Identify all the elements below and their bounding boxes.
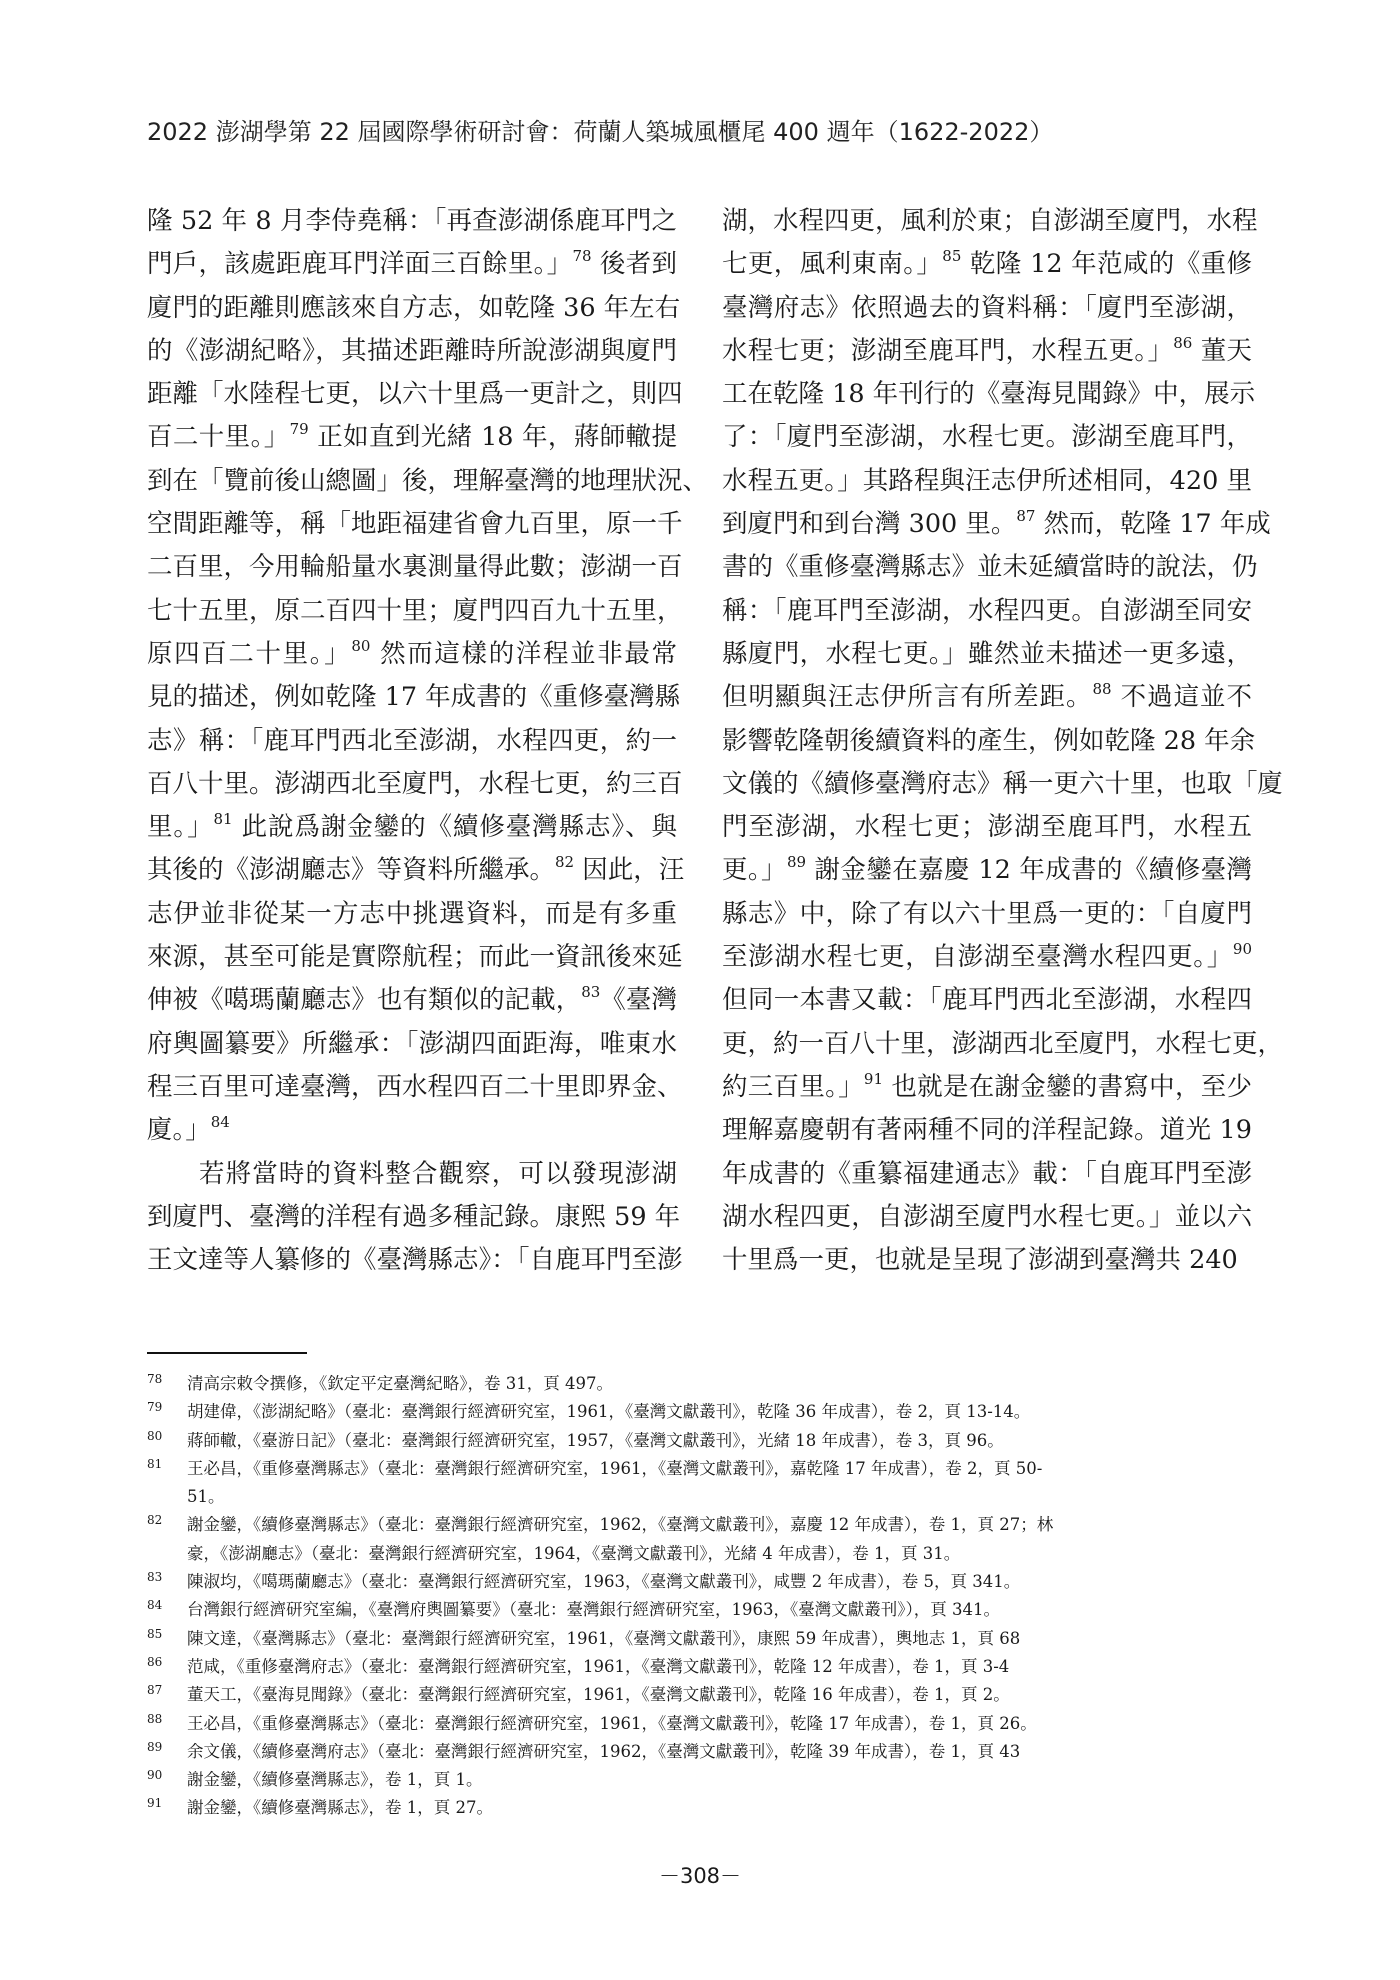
footnote-ref[interactable]: 85 <box>942 247 961 265</box>
line-text: 臺灣府志》依照過去的資料稱：「廈門至澎湖， <box>722 293 1252 323</box>
line-text: 空間距離等，稱「地距福建省會九百里，原一千 <box>147 509 683 539</box>
line-text: 工在乾隆 18 年刊行的《臺海見聞錄》中，展示 <box>722 379 1255 409</box>
footnote-81: 81王必昌，《重修臺灣縣志》（臺北：臺灣銀行經濟研究室，1961，《臺灣文獻叢刊… <box>147 1455 1257 1512</box>
text-line: 廈門的距離則應該來自方志，如乾隆 36 年左右 <box>147 287 677 330</box>
footnote-number: 81 <box>147 1450 162 1478</box>
line-text: 但明顯與汪志伊所言有所差距。 <box>722 682 1092 712</box>
text-line: 七更，風利東南。」85 乾隆 12 年范咸的《重修 <box>722 243 1252 286</box>
line-text: 年成書的《重纂福建通志》載：「自鹿耳門至澎 <box>722 1159 1252 1189</box>
footnote-ref[interactable]: 90 <box>1233 940 1252 958</box>
text-line: 理解嘉慶朝有著兩種不同的洋程記錄。道光 19 <box>722 1109 1252 1152</box>
line-text-after: 不過這並不 <box>1112 682 1252 712</box>
line-text: 百二十里。」 <box>147 422 290 452</box>
footnote-number: 87 <box>147 1676 162 1704</box>
line-text: 見的描述，例如乾隆 17 年成書的《重修臺灣縣 <box>147 682 680 712</box>
line-text: 文儀的《續修臺灣府志》稱一更六十里，也取「廈 <box>722 769 1283 799</box>
text-line: 水程五更。」其路程與汪志伊所述相同，420 里 <box>722 460 1252 503</box>
line-text-after: 然而，乾隆 17 年成 <box>1035 509 1270 539</box>
text-line: 臺灣府志》依照過去的資料稱：「廈門至澎湖， <box>722 287 1252 330</box>
line-text: 水程七更；澎湖至鹿耳門，水程五更。」 <box>722 336 1173 366</box>
footnote-number: 80 <box>147 1422 162 1450</box>
line-text: 志》稱：「鹿耳門西北至澎湖，水程四更，約一 <box>147 726 677 756</box>
line-text: 其後的《澎湖廳志》等資料所繼承。 <box>147 855 555 885</box>
footnote-number: 79 <box>147 1393 162 1421</box>
footnote-84: 84台灣銀行經濟研究室編，《臺灣府輿圖纂要》（臺北：臺灣銀行經濟研究室，1963… <box>147 1596 1257 1624</box>
line-text: 湖水程四更，自澎湖至廈門水程七更。」並以六 <box>722 1202 1252 1232</box>
text-line: 其後的《澎湖廳志》等資料所繼承。82 因此，汪 <box>147 849 677 892</box>
text-line: 到在「覽前後山總圖」後，理解臺灣的地理狀況、 <box>147 460 677 503</box>
text-line: 空間距離等，稱「地距福建省會九百里，原一千 <box>147 503 677 546</box>
line-text: 門至澎湖，水程七更；澎湖至鹿耳門，水程五 <box>722 812 1252 842</box>
line-text-after: 因此，汪 <box>574 855 684 885</box>
line-text-after: 正如直到光緒 18 年，蔣師轍提 <box>309 422 677 452</box>
text-line: 志伊並非從某一方志中挑選資料，而是有多重 <box>147 893 677 936</box>
line-text: 來源，甚至可能是實際航程；而此一資訊後來延 <box>147 942 683 972</box>
line-text-after: 此說爲謝金鑾的《續修臺灣縣志》、與 <box>233 812 677 842</box>
text-line: 距離「水陸程七更，以六十里爲一更計之，則四 <box>147 373 677 416</box>
footnote-number: 89 <box>147 1733 162 1761</box>
text-line: 的《澎湖紀略》，其描述距離時所說澎湖與廈門 <box>147 330 677 373</box>
footnote-text: 胡建偉，《澎湖紀略》（臺北：臺灣銀行經濟研究室，1961，《臺灣文獻叢刊》，乾隆… <box>187 1402 1030 1421</box>
footnote-86: 86范咸，《重修臺灣府志》（臺北：臺灣銀行經濟研究室，1961，《臺灣文獻叢刊》… <box>147 1653 1257 1681</box>
line-text: 若將當時的資料整合觀察，可以發現澎湖 <box>199 1159 677 1189</box>
line-text: 原四百二十里。」 <box>147 639 351 669</box>
footnote-text: 陳淑均，《噶瑪蘭廳志》（臺北：臺灣銀行經濟研究室，1963，《臺灣文獻叢刊》，咸… <box>187 1572 1020 1591</box>
footnote-78: 78清高宗敕令撰修，《欽定平定臺灣紀略》，卷 31，頁 497。 <box>147 1370 1257 1398</box>
body-column-right: 湖，水程四更，風利於東；自澎湖至廈門，水程七更，風利東南。」85 乾隆 12 年… <box>722 200 1252 1282</box>
line-text: 廈門的距離則應該來自方志，如乾隆 36 年左右 <box>147 293 680 323</box>
text-line: 縣廈門，水程七更。」雖然並未描述一更多遠， <box>722 633 1252 676</box>
line-text: 隆 52 年 8 月李侍堯稱：「再查澎湖係鹿耳門之 <box>147 206 677 236</box>
line-text-after: 也就是在謝金鑾的書寫中，至少 <box>883 1072 1252 1102</box>
text-line: 府輿圖纂要》所繼承：「澎湖四面距海，唯東水 <box>147 1023 677 1066</box>
footnote-91: 91謝金鑾，《續修臺灣縣志》，卷 1，頁 27。 <box>147 1794 1257 1822</box>
footnote-ref[interactable]: 84 <box>211 1113 230 1131</box>
line-text: 至澎湖水程七更，自澎湖至臺灣水程四更。」 <box>722 942 1233 972</box>
footnote-text: 王必昌，《重修臺灣縣志》（臺北：臺灣銀行經濟研究室，1961，《臺灣文獻叢刊》，… <box>187 1459 1042 1478</box>
line-text: 十里爲一更，也就是呈現了澎湖到臺灣共 240 <box>722 1245 1238 1275</box>
text-line: 王文達等人纂修的《臺灣縣志》：「自鹿耳門至澎 <box>147 1239 677 1282</box>
footnote-ref[interactable]: 79 <box>290 420 309 438</box>
text-line: 伸被《噶瑪蘭廳志》也有類似的記載，83《臺灣 <box>147 979 677 1022</box>
text-line: 縣志》中，除了有以六十里爲一更的：「自廈門 <box>722 893 1252 936</box>
line-text: 府輿圖纂要》所繼承：「澎湖四面距海，唯東水 <box>147 1029 677 1059</box>
footnote-83: 83陳淑均，《噶瑪蘭廳志》（臺北：臺灣銀行經濟研究室，1963，《臺灣文獻叢刊》… <box>147 1568 1257 1596</box>
text-line: 但同一本書又載：「鹿耳門西北至澎湖，水程四 <box>722 979 1252 1022</box>
footnote-79: 79胡建偉，《澎湖紀略》（臺北：臺灣銀行經濟研究室，1961，《臺灣文獻叢刊》，… <box>147 1398 1257 1426</box>
line-text: 七十五里，原二百四十里；廈門四百九十五里， <box>147 596 683 626</box>
text-line: 文儀的《續修臺灣府志》稱一更六十里，也取「廈 <box>722 763 1252 806</box>
line-text: 約三百里。」 <box>722 1072 864 1102</box>
line-text: 廈。」 <box>147 1115 211 1145</box>
footnote-ref[interactable]: 88 <box>1092 680 1111 698</box>
footnote-text: 謝金鑾，《續修臺灣縣志》，卷 1，頁 27。 <box>187 1798 493 1817</box>
text-line: 稱：「鹿耳門至澎湖，水程四更。自澎湖至同安 <box>722 590 1252 633</box>
text-line: 湖水程四更，自澎湖至廈門水程七更。」並以六 <box>722 1196 1252 1239</box>
text-line: 約三百里。」91 也就是在謝金鑾的書寫中，至少 <box>722 1066 1252 1109</box>
line-text: 到廈門、臺灣的洋程有過多種記錄。康熙 59 年 <box>147 1202 680 1232</box>
text-line: 若將當時的資料整合觀察，可以發現澎湖 <box>147 1153 677 1196</box>
line-text-after: 董天 <box>1192 336 1252 366</box>
text-line: 門戶，該處距鹿耳門洋面三百餘里。」78 後者到 <box>147 243 677 286</box>
text-line: 百八十里。澎湖西北至廈門，水程七更，約三百 <box>147 763 677 806</box>
text-line: 更，約一百八十里，澎湖西北至廈門，水程七更， <box>722 1023 1252 1066</box>
text-line: 門至澎湖，水程七更；澎湖至鹿耳門，水程五 <box>722 806 1252 849</box>
footnote-text: 董天工，《臺海見聞錄》（臺北：臺灣銀行經濟研究室，1961，《臺灣文獻叢刊》，乾… <box>187 1685 1010 1704</box>
line-text: 門戶，該處距鹿耳門洋面三百餘里。」 <box>147 249 572 279</box>
footnote-text-continued: 豪，《澎湖廳志》（臺北：臺灣銀行經濟研究室，1964，《臺灣文獻叢刊》，光緒 4… <box>187 1540 1257 1568</box>
footnote-number: 78 <box>147 1365 162 1393</box>
line-text: 更。」 <box>722 855 787 885</box>
footnote-text: 范咸，《重修臺灣府志》（臺北：臺灣銀行經濟研究室，1961，《臺灣文獻叢刊》，乾… <box>187 1657 1009 1676</box>
line-text: 水程五更。」其路程與汪志伊所述相同，420 里 <box>722 466 1252 496</box>
footnote-87: 87董天工，《臺海見聞錄》（臺北：臺灣銀行經濟研究室，1961，《臺灣文獻叢刊》… <box>147 1681 1257 1709</box>
footnote-text: 蔣師轍，《臺游日記》（臺北：臺灣銀行經濟研究室，1957，《臺灣文獻叢刊》，光緒… <box>187 1431 1004 1450</box>
footnote-number: 91 <box>147 1789 162 1817</box>
line-text: 程三百里可達臺灣，西水程四百二十里即界金、 <box>147 1072 683 1102</box>
line-text: 到在「覽前後山總圖」後，理解臺灣的地理狀況、 <box>147 466 708 496</box>
footnote-number: 84 <box>147 1591 162 1619</box>
footnote-ref[interactable]: 89 <box>787 853 806 871</box>
text-line: 二百里，今用輪船量水裏測量得此數；澎湖一百 <box>147 546 677 589</box>
line-text-after: 後者到 <box>592 249 677 279</box>
footnote-text: 王必昌，《重修臺灣縣志》（臺北：臺灣銀行經濟研究室，1961，《臺灣文獻叢刊》，… <box>187 1714 1037 1733</box>
text-line: 至澎湖水程七更，自澎湖至臺灣水程四更。」90 <box>722 936 1252 979</box>
line-text: 到廈門和到台灣 300 里。 <box>722 509 1016 539</box>
footnote-ref[interactable]: 80 <box>351 637 370 655</box>
footnote-text: 謝金鑾，《續修臺灣縣志》，卷 1，頁 1。 <box>187 1770 483 1789</box>
footnote-text: 清高宗敕令撰修，《欽定平定臺灣紀略》，卷 31，頁 497。 <box>187 1374 613 1393</box>
footnote-separator <box>147 1352 307 1354</box>
footnote-ref[interactable]: 87 <box>1016 507 1035 525</box>
text-line: 七十五里，原二百四十里；廈門四百九十五里， <box>147 590 677 633</box>
line-text: 志伊並非從某一方志中挑選資料，而是有多重 <box>147 899 677 929</box>
text-line: 見的描述，例如乾隆 17 年成書的《重修臺灣縣 <box>147 676 677 719</box>
text-line: 湖，水程四更，風利於東；自澎湖至廈門，水程 <box>722 200 1252 243</box>
footnote-text: 台灣銀行經濟研究室編，《臺灣府輿圖纂要》（臺北：臺灣銀行經濟研究室，1963，《… <box>187 1600 1000 1619</box>
text-line: 廈。」84 <box>147 1109 677 1152</box>
text-line: 里。」81 此說爲謝金鑾的《續修臺灣縣志》、與 <box>147 806 677 849</box>
text-line: 了：「廈門至澎湖，水程七更。澎湖至鹿耳門， <box>722 416 1252 459</box>
text-line: 原四百二十里。」80 然而這樣的洋程並非最常 <box>147 633 677 676</box>
footnote-ref[interactable]: 83 <box>581 983 600 1001</box>
text-line: 隆 52 年 8 月李侍堯稱：「再查澎湖係鹿耳門之 <box>147 200 677 243</box>
line-text: 理解嘉慶朝有著兩種不同的洋程記錄。道光 19 <box>722 1115 1252 1145</box>
line-text: 縣廈門，水程七更。」雖然並未描述一更多遠， <box>722 639 1252 669</box>
line-text: 七更，風利東南。」 <box>722 249 942 279</box>
footnote-89: 89余文儀，《續修臺灣府志》（臺北：臺灣銀行經濟研究室，1962，《臺灣文獻叢刊… <box>147 1738 1257 1766</box>
line-text: 影響乾隆朝後續資料的產生，例如乾隆 28 年余 <box>722 726 1255 756</box>
footnote-88: 88王必昌，《重修臺灣縣志》（臺北：臺灣銀行經濟研究室，1961，《臺灣文獻叢刊… <box>147 1710 1257 1738</box>
footnote-82: 82謝金鑾，《續修臺灣縣志》（臺北：臺灣銀行經濟研究室，1962，《臺灣文獻叢刊… <box>147 1511 1257 1568</box>
footnote-ref[interactable]: 86 <box>1173 334 1192 352</box>
footnote-text: 謝金鑾，《續修臺灣縣志》（臺北：臺灣銀行經濟研究室，1962，《臺灣文獻叢刊》，… <box>187 1515 1053 1534</box>
text-line: 到廈門、臺灣的洋程有過多種記錄。康熙 59 年 <box>147 1196 677 1239</box>
line-text-after: 《臺灣 <box>600 985 677 1015</box>
line-text: 稱：「鹿耳門至澎湖，水程四更。自澎湖至同安 <box>722 596 1252 626</box>
footnote-ref[interactable]: 81 <box>214 810 233 828</box>
text-line: 程三百里可達臺灣，西水程四百二十里即界金、 <box>147 1066 677 1109</box>
footnote-ref[interactable]: 82 <box>555 853 574 871</box>
footnotes: 78清高宗敕令撰修，《欽定平定臺灣紀略》，卷 31，頁 497。79胡建偉，《澎… <box>147 1370 1257 1823</box>
page-number: －308－ <box>0 1860 1400 1890</box>
text-line: 年成書的《重纂福建通志》載：「自鹿耳門至澎 <box>722 1153 1252 1196</box>
line-text: 湖，水程四更，風利於東；自澎湖至廈門，水程 <box>722 206 1258 236</box>
text-line: 更。」89 謝金鑾在嘉慶 12 年成書的《續修臺灣 <box>722 849 1252 892</box>
text-line: 志》稱：「鹿耳門西北至澎湖，水程四更，約一 <box>147 720 677 763</box>
line-text-after: 然而這樣的洋程並非最常 <box>370 639 677 669</box>
text-line: 十里爲一更，也就是呈現了澎湖到臺灣共 240 <box>722 1239 1252 1282</box>
line-text: 了：「廈門至澎湖，水程七更。澎湖至鹿耳門， <box>722 422 1252 452</box>
footnote-number: 86 <box>147 1648 162 1676</box>
footnote-number: 90 <box>147 1761 162 1789</box>
footnote-text: 余文儀，《續修臺灣府志》（臺北：臺灣銀行經濟研究室，1962，《臺灣文獻叢刊》，… <box>187 1742 1020 1761</box>
text-line: 水程七更；澎湖至鹿耳門，水程五更。」86 董天 <box>722 330 1252 373</box>
line-text: 伸被《噶瑪蘭廳志》也有類似的記載， <box>147 985 581 1015</box>
line-text: 的《澎湖紀略》，其描述距離時所說澎湖與廈門 <box>147 336 677 366</box>
footnote-ref[interactable]: 91 <box>864 1070 883 1088</box>
text-line: 來源，甚至可能是實際航程；而此一資訊後來延 <box>147 936 677 979</box>
line-text: 王文達等人纂修的《臺灣縣志》：「自鹿耳門至澎 <box>147 1245 683 1275</box>
text-line: 但明顯與汪志伊所言有所差距。88 不過這並不 <box>722 676 1252 719</box>
text-line: 百二十里。」79 正如直到光緒 18 年，蔣師轍提 <box>147 416 677 459</box>
text-line: 工在乾隆 18 年刊行的《臺海見聞錄》中，展示 <box>722 373 1252 416</box>
footnote-number: 83 <box>147 1563 162 1591</box>
line-text: 里。」 <box>147 812 214 842</box>
body-column-left: 隆 52 年 8 月李侍堯稱：「再查澎湖係鹿耳門之門戶，該處距鹿耳門洋面三百餘里… <box>147 200 677 1282</box>
line-text: 二百里，今用輪船量水裏測量得此數；澎湖一百 <box>147 552 683 582</box>
footnote-90: 90謝金鑾，《續修臺灣縣志》，卷 1，頁 1。 <box>147 1766 1257 1794</box>
running-header: 2022 澎湖學第 22 屆國際學術研討會：荷蘭人築城風櫃尾 400 週年（16… <box>147 112 1053 147</box>
line-text-after: 乾隆 12 年范咸的《重修 <box>961 249 1252 279</box>
footnote-number: 88 <box>147 1705 162 1733</box>
footnote-number: 85 <box>147 1620 162 1648</box>
text-line: 書的《重修臺灣縣志》並未延續當時的說法，仍 <box>722 546 1252 589</box>
line-text: 百八十里。澎湖西北至廈門，水程七更，約三百 <box>147 769 683 799</box>
text-line: 影響乾隆朝後續資料的產生，例如乾隆 28 年余 <box>722 720 1252 763</box>
footnote-text-continued: 51。 <box>187 1483 1257 1511</box>
text-line: 到廈門和到台灣 300 里。87 然而，乾隆 17 年成 <box>722 503 1252 546</box>
line-text: 距離「水陸程七更，以六十里爲一更計之，則四 <box>147 379 683 409</box>
line-text: 書的《重修臺灣縣志》並未延續當時的說法，仍 <box>722 552 1258 582</box>
line-text-after: 謝金鑾在嘉慶 12 年成書的《續修臺灣 <box>806 855 1252 885</box>
footnote-85: 85陳文達，《臺灣縣志》（臺北：臺灣銀行經濟研究室，1961，《臺灣文獻叢刊》，… <box>147 1625 1257 1653</box>
line-text: 縣志》中，除了有以六十里爲一更的：「自廈門 <box>722 899 1252 929</box>
footnote-text: 陳文達，《臺灣縣志》（臺北：臺灣銀行經濟研究室，1961，《臺灣文獻叢刊》，康熙… <box>187 1629 1020 1648</box>
footnote-ref[interactable]: 78 <box>572 247 591 265</box>
footnote-80: 80蔣師轍，《臺游日記》（臺北：臺灣銀行經濟研究室，1957，《臺灣文獻叢刊》，… <box>147 1427 1257 1455</box>
line-text: 更，約一百八十里，澎湖西北至廈門，水程七更， <box>722 1029 1283 1059</box>
footnote-number: 82 <box>147 1506 162 1534</box>
line-text: 但同一本書又載：「鹿耳門西北至澎湖，水程四 <box>722 985 1252 1015</box>
